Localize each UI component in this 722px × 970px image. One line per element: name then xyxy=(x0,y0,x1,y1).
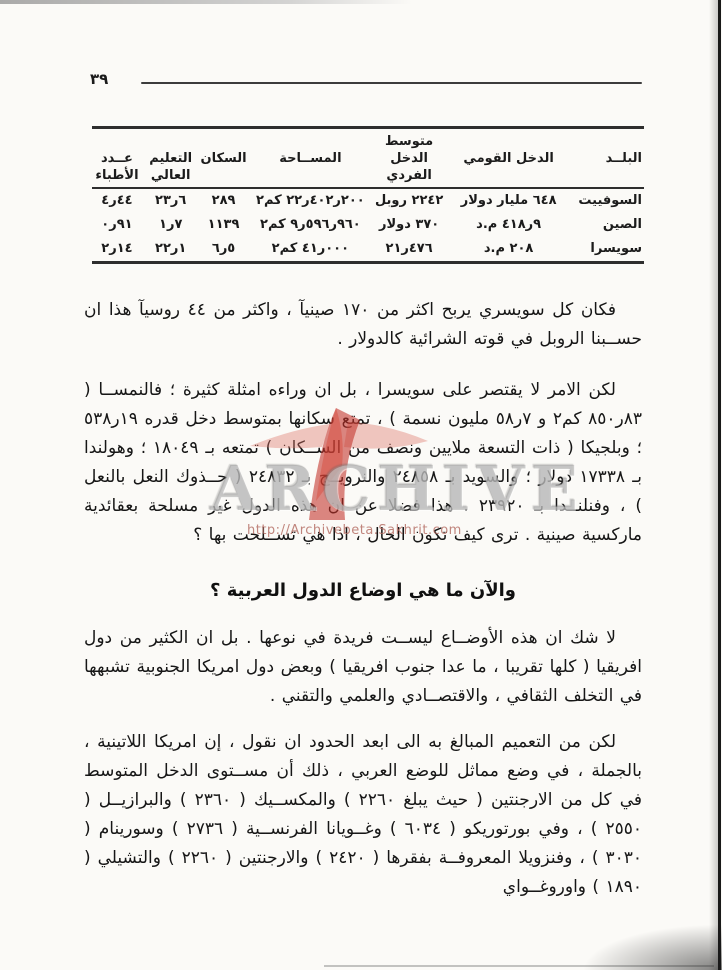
section-heading-arab-states: والآن ما هي اوضاع الدول العربية ؟ xyxy=(84,580,642,601)
page-number: ٣٩ xyxy=(90,70,108,88)
cell-national-income: ٢٠٨ م.د xyxy=(445,237,572,263)
cell-national-income: ٦٤٨ مليار دولار xyxy=(445,188,572,213)
column-header-national-income: الدخل القومي xyxy=(445,128,572,189)
statistics-table: البلــد الدخل القومي متوسط الدخل الفردي … xyxy=(92,126,644,264)
cell-per-capita: ٣٧٠ دولار xyxy=(373,213,445,237)
cell-country: الصين xyxy=(572,213,644,237)
cell-population: ١١٣٩ xyxy=(200,213,248,237)
cell-doctors: ٤٤ر٤ xyxy=(92,188,142,213)
table-row-soviet: السوفييت ٦٤٨ مليار دولار ٢٢٤٢ روبل ٢٠٠ر٤… xyxy=(92,188,644,213)
cell-national-income: ٩ر٤١٨ م.د xyxy=(445,213,572,237)
scan-artifact-right-shade xyxy=(709,0,718,970)
header-divider xyxy=(141,82,642,84)
table-row-china: الصين ٩ر٤١٨ م.د ٣٧٠ دولار ٩٦٠ر٥٩٦ر٩ كم٢ … xyxy=(92,213,644,237)
scan-artifact-right-edge xyxy=(718,0,721,970)
paragraph-europe-examples: لكن الامر لا يقتصر على سويسرا ، بل ان ور… xyxy=(84,376,642,550)
cell-population: ٥ر٦ xyxy=(200,237,248,263)
column-header-higher-education: التعليم العالي xyxy=(142,128,200,189)
paragraph-swiss-comparison: فكان كل سويسري يربح اكثر من ١٧٠ صينيآ ، … xyxy=(84,296,642,354)
column-header-population: السكان xyxy=(200,128,248,189)
cell-population: ٢٨٩ xyxy=(200,188,248,213)
cell-doctors: ١٤ر٢ xyxy=(92,237,142,263)
table-row-switzerland: سويسرا ٢٠٨ م.د ٤٧٦ر٢١ ٠٠٠ر٤١ كم٢ ٥ر٦ ١ر٢… xyxy=(92,237,644,263)
column-header-area: المســاحة xyxy=(248,128,374,189)
cell-country: سويسرا xyxy=(572,237,644,263)
paragraph-latin-america: لكن من التعميم المبالغ به الى ابعد الحدو… xyxy=(84,728,642,902)
cell-doctors: ٩١ر٠ xyxy=(92,213,142,237)
cell-per-capita: ٢٢٤٢ روبل xyxy=(373,188,445,213)
cell-area: ٢٠٠ر٤٠٢ر٢٢ كم٢ xyxy=(248,188,374,213)
scanned-book-page: { "page_number": "٣٩", "table": { "colum… xyxy=(0,0,722,970)
column-header-doctors: عــدد الأطباء xyxy=(92,128,142,189)
cell-higher-education: ٧ر١ xyxy=(142,213,200,237)
scan-artifact-corner xyxy=(582,924,722,970)
cell-country: السوفييت xyxy=(572,188,644,213)
cell-per-capita: ٤٧٦ر٢١ xyxy=(373,237,445,263)
column-header-per-capita-income: متوسط الدخل الفردي xyxy=(373,128,445,189)
paragraph-africa-comparison: لا شك ان هذه الأوضــاع ليســت فريدة في ن… xyxy=(84,624,642,711)
cell-higher-education: ٦ر٢٣ xyxy=(142,188,200,213)
cell-area: ٠٠٠ر٤١ كم٢ xyxy=(248,237,374,263)
cell-higher-education: ١ر٢٢ xyxy=(142,237,200,263)
table-header-row: البلــد الدخل القومي متوسط الدخل الفردي … xyxy=(92,128,644,189)
scan-artifact-top xyxy=(0,0,412,4)
cell-area: ٩٦٠ر٥٩٦ر٩ كم٢ xyxy=(248,213,374,237)
column-header-country: البلــد xyxy=(572,128,644,189)
